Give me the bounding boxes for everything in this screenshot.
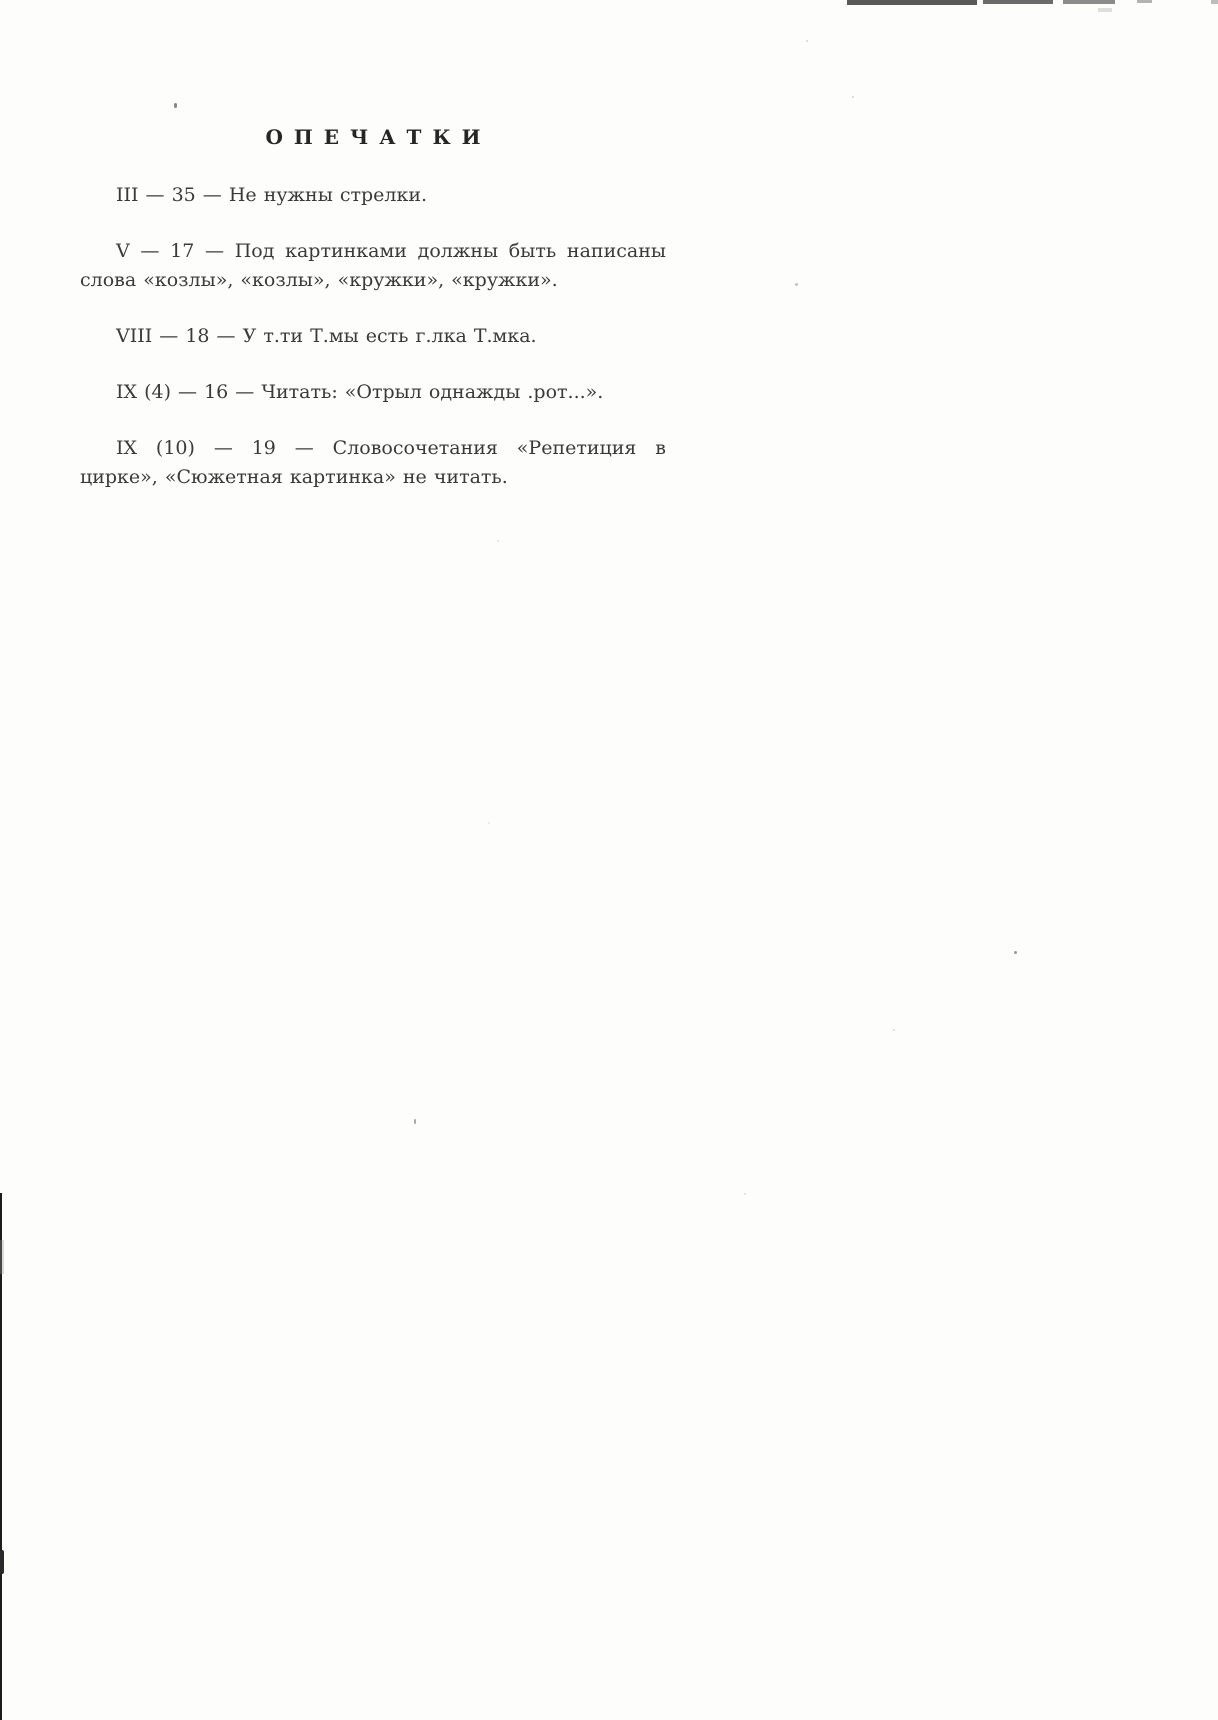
scan-artifact-left-edge-line xyxy=(0,1193,2,1720)
scan-artifact-top-smudge xyxy=(1098,8,1112,12)
scan-speck xyxy=(806,40,808,42)
scan-artifact-top-bar-5 xyxy=(1211,0,1218,4)
scan-speck xyxy=(1014,951,1017,954)
page-title: ОПЕЧАТКИ xyxy=(80,126,666,149)
errata-content: ОПЕЧАТКИ III — 35 — Не нужны стрелки. V … xyxy=(80,126,666,519)
errata-entry-5: IX (10) — 19 — Словосочетания «Репетиция… xyxy=(80,434,666,492)
errata-entry-3: VIII — 18 — У т.ти Т.мы есть г.лка Т.мка… xyxy=(80,322,666,351)
scan-speck xyxy=(893,1029,895,1031)
scan-artifact-left-edge-smudge xyxy=(0,1240,4,1274)
scan-speck xyxy=(174,103,177,108)
scanned-errata-page: ОПЕЧАТКИ III — 35 — Не нужны стрелки. V … xyxy=(0,0,1218,1720)
scan-artifact-top-bar-1 xyxy=(847,0,977,5)
scan-speck xyxy=(497,540,499,542)
scan-artifact-top-bar-4 xyxy=(1137,0,1152,3)
scan-speck xyxy=(852,96,854,98)
scan-speck xyxy=(414,1119,416,1124)
scan-speck xyxy=(744,1193,746,1195)
errata-entry-2: V — 17 — Под картинками должны быть напи… xyxy=(80,237,666,295)
scan-artifact-top-bar-2 xyxy=(983,0,1053,4)
scan-artifact-top-bar-3 xyxy=(1063,0,1115,4)
scan-artifact-left-edge-blob xyxy=(0,1550,4,1574)
scan-speck xyxy=(795,283,798,286)
errata-entry-1: III — 35 — Не нужны стрелки. xyxy=(80,181,666,210)
errata-entry-4: IX (4) — 16 — Читать: «Отрыл однажды .ро… xyxy=(80,378,666,407)
scan-speck xyxy=(488,822,490,824)
